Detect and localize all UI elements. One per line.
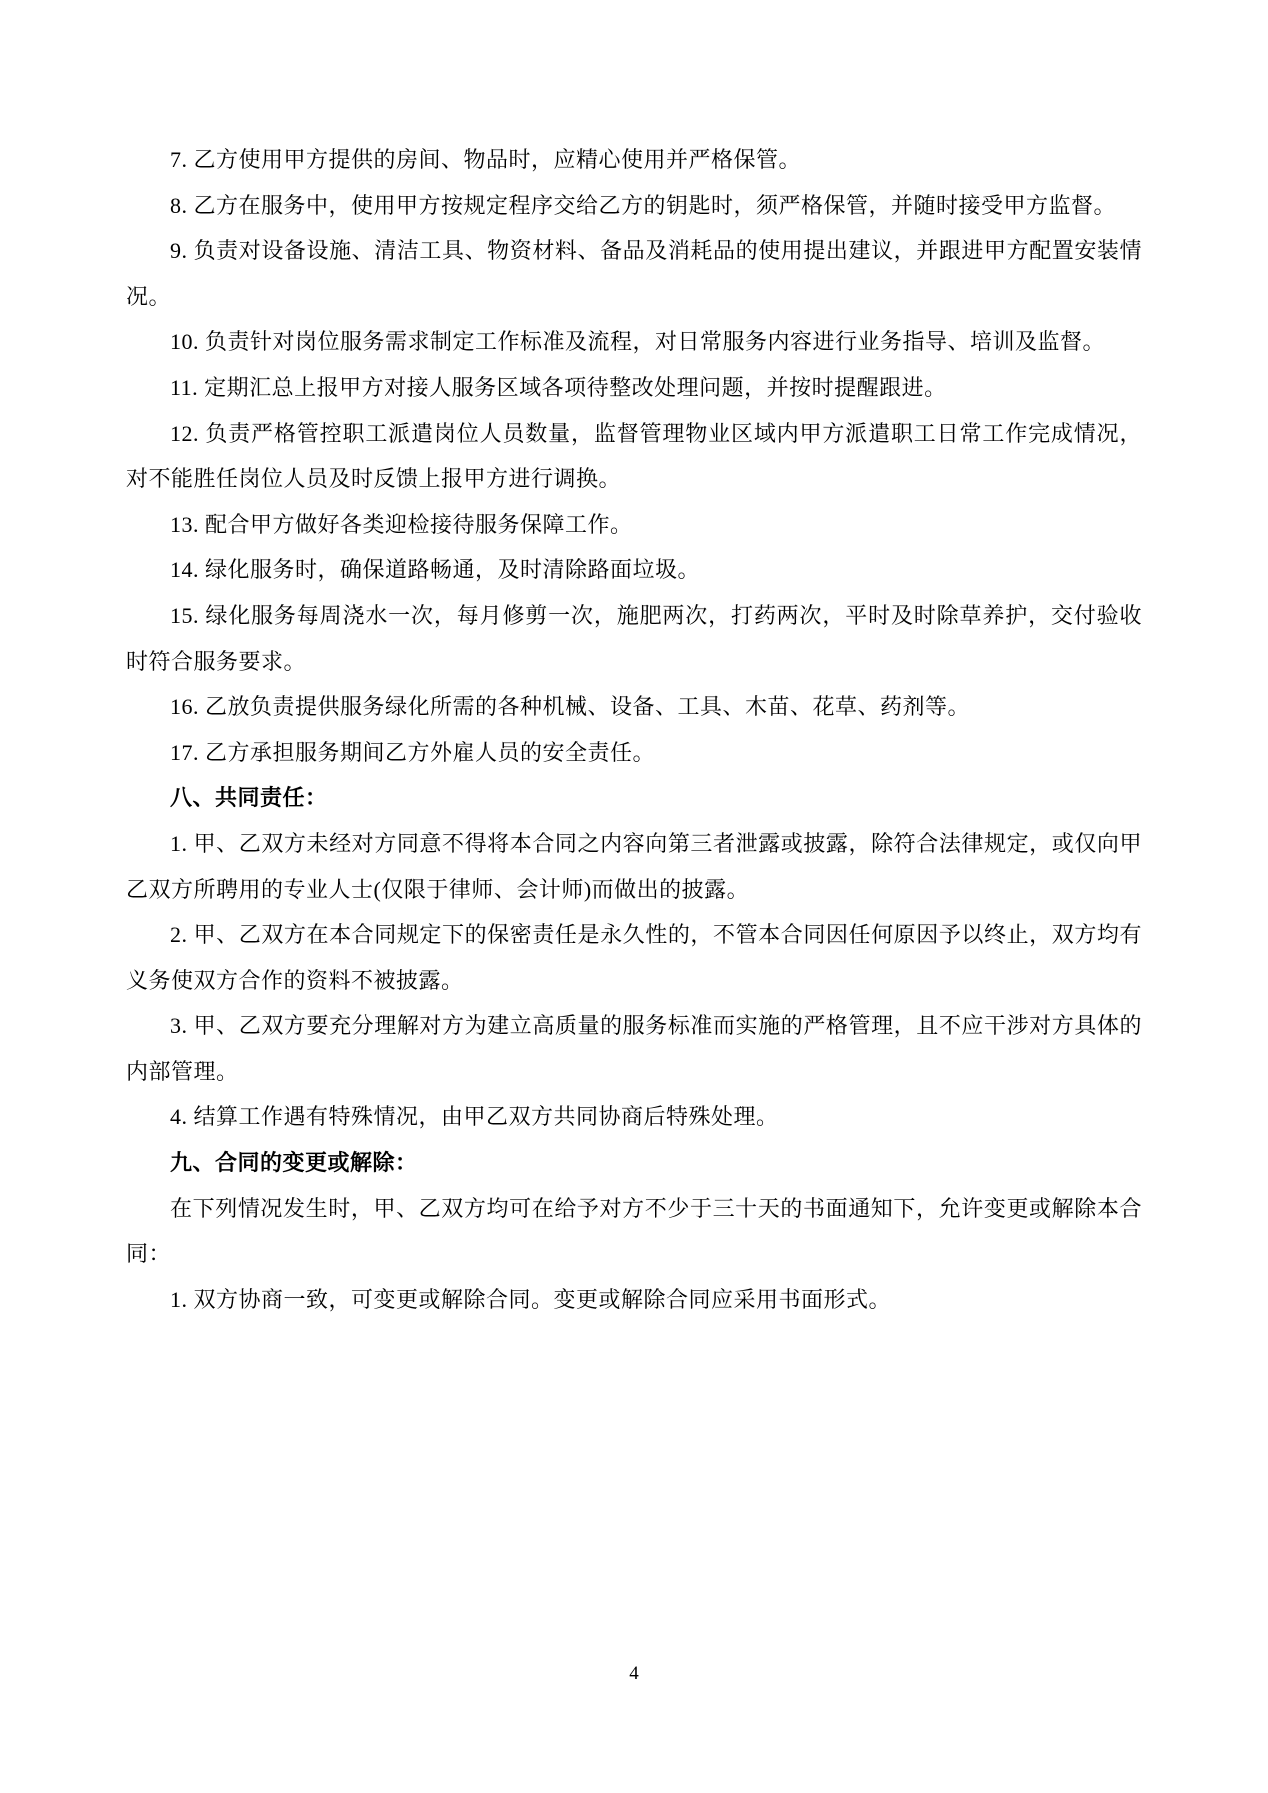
paragraph: 2. 甲、乙双方在本合同规定下的保密责任是永久性的，不管本合同因任何原因予以终止… <box>126 912 1142 1003</box>
paragraph: 13. 配合甲方做好各类迎检接待服务保障工作。 <box>126 502 1142 548</box>
paragraph: 1. 双方协商一致，可变更或解除合同。变更或解除合同应采用书面形式。 <box>126 1277 1142 1323</box>
paragraph: 3. 甲、乙双方要充分理解对方为建立高质量的服务标准而实施的严格管理，且不应干涉… <box>126 1003 1142 1094</box>
paragraph: 1. 甲、乙双方未经对方同意不得将本合同之内容向第三者泄露或披露，除符合法律规定… <box>126 821 1142 912</box>
document-body: 7. 乙方使用甲方提供的房间、物品时，应精心使用并严格保管。8. 乙方在服务中，… <box>126 0 1142 1322</box>
page-number: 4 <box>0 1662 1268 1686</box>
document-page: 7. 乙方使用甲方提供的房间、物品时，应精心使用并严格保管。8. 乙方在服务中，… <box>0 0 1268 1793</box>
paragraph: 在下列情况发生时，甲、乙双方均可在给予对方不少于三十天的书面通知下，允许变更或解… <box>126 1186 1142 1277</box>
paragraph: 4. 结算工作遇有特殊情况，由甲乙双方共同协商后特殊处理。 <box>126 1094 1142 1140</box>
paragraph: 14. 绿化服务时，确保道路畅通，及时清除路面垃圾。 <box>126 547 1142 593</box>
paragraph: 10. 负责针对岗位服务需求制定工作标准及流程，对日常服务内容进行业务指导、培训… <box>126 319 1142 365</box>
paragraph: 16. 乙放负责提供服务绿化所需的各种机械、设备、工具、木苗、花草、药剂等。 <box>126 684 1142 730</box>
paragraph: 15. 绿化服务每周浇水一次，每月修剪一次，施肥两次，打药两次，平时及时除草养护… <box>126 593 1142 684</box>
paragraph: 17. 乙方承担服务期间乙方外雇人员的安全责任。 <box>126 730 1142 776</box>
paragraph: 7. 乙方使用甲方提供的房间、物品时，应精心使用并严格保管。 <box>126 137 1142 183</box>
paragraph: 12. 负责严格管控职工派遣岗位人员数量，监督管理物业区域内甲方派遣职工日常工作… <box>126 411 1142 502</box>
section-heading: 九、合同的变更或解除： <box>126 1140 1142 1186</box>
section-heading: 八、共同责任： <box>126 775 1142 821</box>
paragraph: 11. 定期汇总上报甲方对接人服务区域各项待整改处理问题，并按时提醒跟进。 <box>126 365 1142 411</box>
paragraph: 9. 负责对设备设施、清洁工具、物资材料、备品及消耗品的使用提出建议，并跟进甲方… <box>126 228 1142 319</box>
paragraph: 8. 乙方在服务中，使用甲方按规定程序交给乙方的钥匙时，须严格保管，并随时接受甲… <box>126 183 1142 229</box>
